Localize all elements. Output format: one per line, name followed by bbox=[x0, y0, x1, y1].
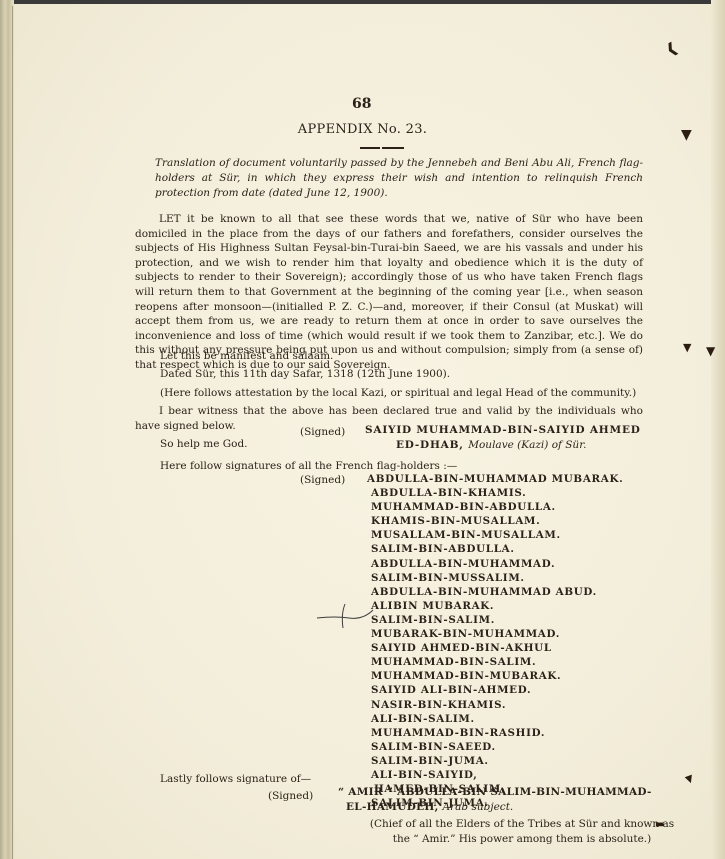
salaam-line: Let this be manifest and salaam. bbox=[160, 349, 333, 363]
attestation-note: (Here follows attestation by the local K… bbox=[160, 386, 636, 400]
amir-name-line1: “ AMIR ” ABDULLA-BIN SALIM-BIN-MUHAMMAD- bbox=[338, 786, 652, 798]
chief-note: (Chief of all the Elders of the Tribes a… bbox=[338, 817, 706, 847]
kazi-title: Moulave (Kazi) of Sür. bbox=[468, 439, 586, 451]
amir-name-suffix: EL-HAMUDEH, bbox=[346, 801, 439, 813]
title-rule bbox=[360, 147, 404, 149]
kazi-signed-label: (Signed) bbox=[300, 426, 345, 438]
margin-ink-mark-icon: ▼ bbox=[706, 345, 715, 357]
list-item: MUHAMMAD-BIN-SALIM. bbox=[371, 655, 623, 669]
list-item: MUBARAK-BIN-MUHAMMAD. bbox=[371, 627, 623, 641]
dated-line: Dated Sür, this 11th day Safar, 1318 (12… bbox=[160, 367, 450, 381]
pencil-annotation-icon bbox=[315, 600, 375, 630]
list-item: SAIYID ALI-BIN-AHMED. bbox=[371, 683, 623, 697]
chief-note-line2: the “ Amir.” His power among them is abs… bbox=[338, 832, 706, 847]
kazi-name-line1: SAIYID MUHAMMAD-BIN-SAIYID AHMED bbox=[365, 424, 641, 436]
list-item: NASIR-BIN-KHAMIS. bbox=[371, 698, 623, 712]
list-item: SALIM-BIN-SALIM. bbox=[371, 613, 623, 627]
list-item: ALI-BIN-SALIM. bbox=[371, 712, 623, 726]
list-item: ABDULLA-BIN-KHAMIS. bbox=[371, 486, 623, 500]
amir-name-line2: EL-HAMUDEH, Arab subject. bbox=[346, 801, 513, 813]
list-item: SALIM-BIN-ABDULLA. bbox=[371, 542, 623, 556]
flag-holders-list: ABDULLA-BIN-MUHAMMAD MUBARAK. ABDULLA-BI… bbox=[371, 472, 623, 810]
list-item: SALIM-BIN-SAEED. bbox=[371, 740, 623, 754]
list-item: KHAMIS-BIN-MUSALLAM. bbox=[371, 514, 623, 528]
list-item: SAIYID AHMED-BIN-AKHUL bbox=[371, 641, 623, 655]
list-item: ALIBIN MUBARAK. bbox=[371, 599, 623, 613]
margin-ink-mark-icon: ▼ bbox=[683, 342, 691, 353]
lastly-intro: Lastly follows signature of— bbox=[160, 772, 311, 786]
page-number: 68 bbox=[352, 96, 371, 112]
amir-title: Arab subject. bbox=[443, 801, 514, 813]
list-item: MUHAMMAD-BIN-MUBARAK. bbox=[371, 669, 623, 683]
list-item: SALIM-BIN-JUMA. bbox=[371, 754, 623, 768]
list-item: SALIM-BIN-MUSSALIM. bbox=[371, 571, 623, 585]
flag-holders-signed-label: (Signed) bbox=[300, 474, 345, 486]
flag-holders-intro: Here follow signatures of all the French… bbox=[160, 459, 457, 473]
document-caption: Translation of document voluntarily pass… bbox=[133, 156, 643, 201]
list-item: ABDULLA-BIN-MUHAMMAD. bbox=[371, 557, 623, 571]
list-item: MUSALLAM-BIN-MUSALLAM. bbox=[371, 528, 623, 542]
chief-note-line1: (Chief of all the Elders of the Tribes a… bbox=[338, 817, 706, 832]
amir-signed-label: (Signed) bbox=[268, 790, 313, 802]
list-item: ABDULLA-BIN-MUHAMMAD ABUD. bbox=[371, 585, 623, 599]
so-help-line: So help me God. bbox=[160, 437, 248, 451]
kazi-name-suffix: ED-DHAB, bbox=[396, 439, 464, 451]
appendix-title: APPENDIX No. 23. bbox=[0, 122, 725, 137]
kazi-name-line2: ED-DHAB, Moulave (Kazi) of Sür. bbox=[396, 439, 586, 451]
list-item: MUHAMMAD-BIN-RASHID. bbox=[371, 726, 623, 740]
list-item: ABDULLA-BIN-MUHAMMAD MUBARAK. bbox=[367, 472, 623, 486]
list-item: MUHAMMAD-BIN-ABDULLA. bbox=[371, 500, 623, 514]
list-item: ALI-BIN-SAIYID, bbox=[371, 768, 623, 782]
